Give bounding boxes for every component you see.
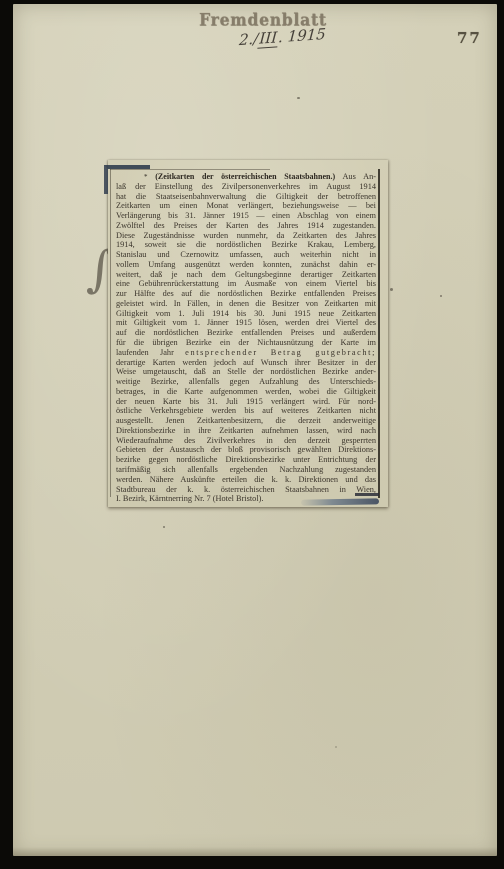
- page-number: 77: [457, 29, 482, 47]
- article-text-line: laufenden Jahr entsprechender Betrag gut…: [116, 348, 376, 358]
- emphasis-line-spaced: entsprechender Betrag gutgebracht;: [185, 348, 376, 357]
- article-text-line: Zwölftel des Preises der Karten des Jahr…: [116, 221, 376, 231]
- article-text-line: Direktionsbezirke in ihre Zeitkarten auf…: [116, 426, 376, 436]
- article-first-line: * (Zeitkarten der österreichischen Staat…: [116, 172, 376, 182]
- scanned-album-page: Fremdenblatt 2./III. 1915 77 ∫ * (Zeitka…: [13, 4, 497, 856]
- article-text-line: werden. Nähere Auskünfte erteilen die k.…: [116, 475, 376, 485]
- handwritten-date-month: III: [258, 28, 279, 49]
- article-text-line: vollem Umfang ausgenützt werden konnten,…: [116, 260, 376, 270]
- article-text-line: Diese Zugeständnisse wurden nunmehr, da …: [116, 231, 376, 241]
- article-text-line: zur Hälfte des auf die nordöstlichen Bez…: [116, 289, 376, 299]
- article-text-line: derartige Karten werden jedoch auf Wunsc…: [116, 358, 376, 368]
- article-text-line: auf die nordöstlichen Bezirke entfallend…: [116, 328, 376, 338]
- article-text-line: Gebieten der Austausch der bloß provisor…: [116, 445, 376, 455]
- article-text-line: bezirke gegen nordöstliche Direktionsbez…: [116, 455, 376, 465]
- handwritten-date-day: 2./: [238, 30, 259, 49]
- article-first-line-rest: Aus An-: [342, 172, 376, 181]
- article-text-line: Wiederaufnahme des Zivilverkehres in den…: [116, 436, 376, 446]
- article-text-line: 1914, soweit sie die nordöstlichen Bezir…: [116, 240, 376, 250]
- article-text-line: der neuen Karte bis 31. Juli 1915 verlän…: [116, 397, 376, 407]
- article-text-line: laß der Einstellung des Zivilpersonenver…: [116, 182, 376, 192]
- paper-speck: [390, 288, 393, 291]
- emphasis-line-normal: laufenden Jahr: [116, 348, 174, 357]
- article-text-line: ausgestellt. Jenen Zeitkartenbesitzern, …: [116, 416, 376, 426]
- article-text-line: mit Giltigkeit vom 1. Jänner 1915 lösen,…: [116, 318, 376, 328]
- handwritten-date-year: . 1915: [278, 25, 327, 46]
- article-text-line: Stadtbureau der k. k. österreichischen S…: [116, 485, 376, 495]
- paper-speck: [163, 526, 165, 528]
- article-text-line: Weise umgetauscht, daß an Stelle der nor…: [116, 367, 376, 377]
- article-text-line: Giltigkeit vom 1. Juli 1914 bis 30. Juni…: [116, 309, 376, 319]
- article-text-line: I. Bezirk, Kärntnerring Nr. 7 (Hotel Bri…: [116, 494, 376, 504]
- article-text-line: Verlängerung bis 31. Jänner 1915 — einen…: [116, 211, 376, 221]
- newspaper-name-stamp: Fremdenblatt: [153, 9, 373, 29]
- article-text-line: eine Gebührenrückerstattung im Ausmaße v…: [116, 279, 376, 289]
- paper-speck: [440, 295, 442, 297]
- article-lead-title: (Zeitkarten der österreichischen Staatsb…: [155, 172, 335, 181]
- article-text-line: weitert, daß je nach dem Geltungsbeginne…: [116, 270, 376, 280]
- clipping-left-rule: [110, 169, 111, 497]
- article-text-line: Zeitkarten um einen Monat verlängert, be…: [116, 201, 376, 211]
- article-text-line: tarifmäßig sich allenfalls ergebenden Na…: [116, 465, 376, 475]
- article-text-line: für die übrigen Bezirke ein der Nichtaus…: [116, 338, 376, 348]
- clipping-right-rule: [378, 169, 380, 498]
- article-star-marker: *: [144, 173, 148, 181]
- article-text-line: Stanislau und Czernowitz umfassen, auch …: [116, 250, 376, 260]
- article-text-line: hat die Staatseisenbahnverwaltung die Gi…: [116, 192, 376, 202]
- newspaper-clipping: * (Zeitkarten der österreichischen Staat…: [108, 160, 388, 507]
- article-text-line: geleistet wird. In Fällen, in denen die …: [116, 299, 376, 309]
- article-text-line: östliche Verkehrsgebiete werden bis auf …: [116, 406, 376, 416]
- paper-speck: [335, 746, 337, 748]
- article-text: * (Zeitkarten der österreichischen Staat…: [116, 172, 376, 504]
- article-text-line: weitige Bezirke, allenfalls gegen Aufzah…: [116, 377, 376, 387]
- paper-speck: [297, 97, 300, 99]
- article-text-line: betrages, in die Karte aufgenommen werde…: [116, 387, 376, 397]
